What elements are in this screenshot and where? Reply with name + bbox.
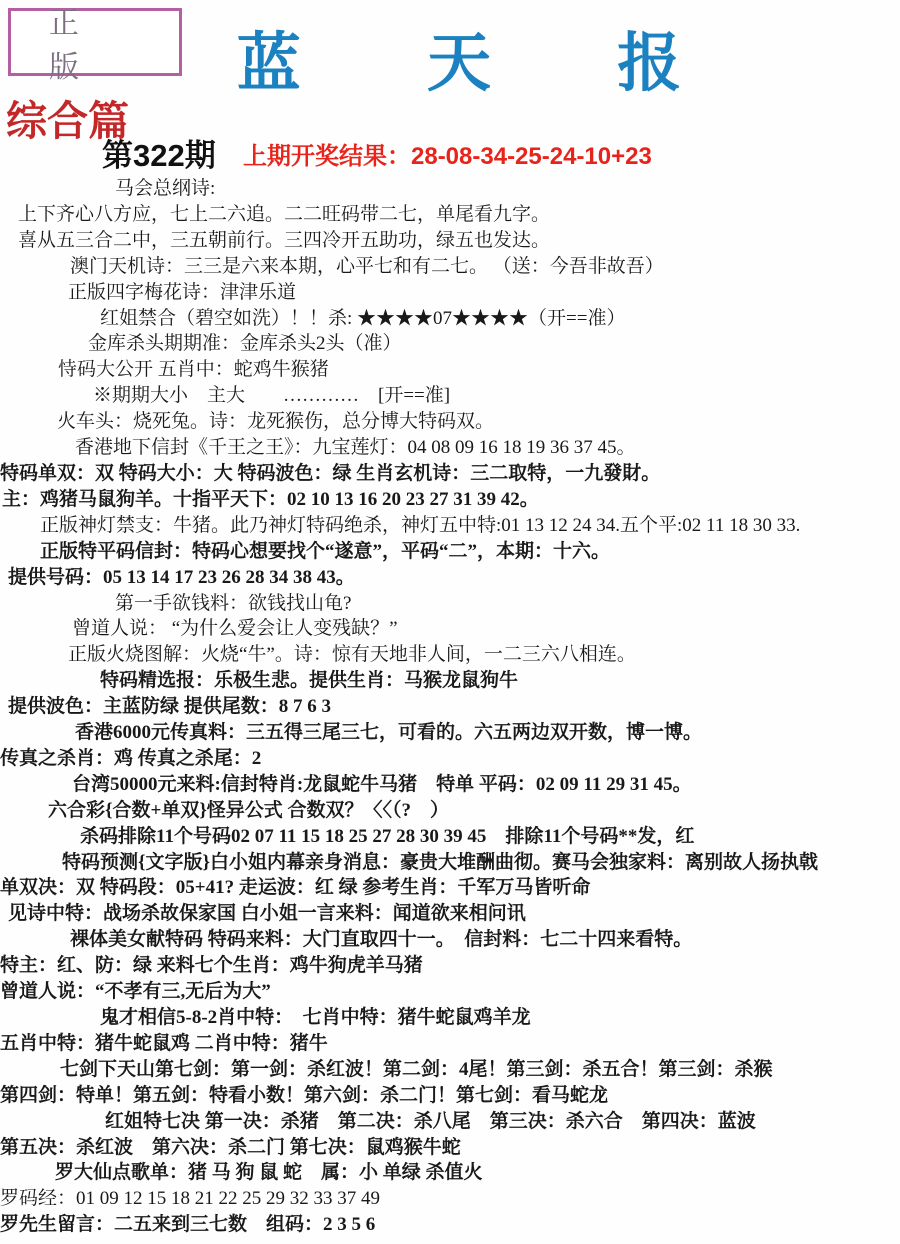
text-line: 特码单双：双 特码大小：大 特码波色：绿 生肖玄机诗：三二取特，一九發財。 (0, 461, 900, 487)
text-line: 恃码大公开 五肖中：蛇鸡牛猴猪 (58, 357, 900, 383)
text-line: 提供号码：05 13 14 17 23 26 28 34 38 43。 (8, 565, 900, 591)
text-line: 裸体美女献特码 特码来料：大门直取四十一。 信封料：七二十四来看特。 (70, 927, 900, 953)
text-line: 台湾50000元来料:信封特肖:龙鼠蛇牛马猪 特单 平码：02 09 11 29… (72, 772, 900, 798)
text-line: 香港地下信封《千王之王》：九宝莲灯：04 08 09 16 18 19 36 3… (75, 435, 900, 461)
text-line: 正版火烧图解：火烧“牛”。诗：惊有天地非人间，一二三六八相连。 (68, 642, 900, 668)
text-line: 喜从五三合二中，三五朝前行。三四冷开五助功，绿五也发达。 (18, 228, 900, 254)
issue-row: 第322期 上期开奖结果：28-08-34-25-24-10+23 (0, 130, 900, 172)
text-line: 单双决：双 特码段：05+41? 走运波：红 绿 参考生肖：千军万马皆听命 (0, 875, 900, 901)
text-line: 香港6000元传真料：三五得三尾三七，可看的。六五两边双开数，博一博。 (75, 720, 900, 746)
text-line: 曾道人说： “为什么爱会让人变残缺？” (72, 616, 900, 642)
text-line: 第四剑：特单！第五剑：特看小数！第六剑：杀二门！第七剑：看马蛇龙 (0, 1083, 900, 1109)
text-line: 正版特平码信封：特码心想要找个“遂意”，平码“二”，本期：十六。 (40, 539, 900, 565)
text-line: 第五决：杀红波 第六决：杀二门 第七决：鼠鸡猴牛蛇 (0, 1135, 900, 1161)
text-line: 见诗中特：战场杀故保家国 白小姐一言来料：闻道欲来相问讯 (8, 901, 900, 927)
text-line: 正版四字梅花诗：津津乐道 (68, 280, 900, 306)
text-line: 主：鸡猪马鼠狗羊。十指平天下：02 10 13 16 20 23 27 31 3… (2, 487, 900, 513)
text-line: 红姐特七决 第一决：杀猪 第二决：杀八尾 第三决：杀六合 第四决：蓝波 (105, 1109, 900, 1135)
text-line: 特码精选报：乐极生悲。提供生肖：马猴龙鼠狗牛 (100, 668, 900, 694)
text-line: 七剑下天山第七剑：第一剑：杀红波！第二剑：4尾！第三剑：杀五合！第三剑：杀猴 (60, 1057, 900, 1083)
newspaper-page: 正 版 蓝 天 报 综合篇 第322期 上期开奖结果：28-08-34-25-2… (0, 0, 900, 1244)
text-line: 六合彩{合数+单双}怪异公式 合数双？〈〈（? ） (48, 798, 900, 824)
tips-content: 马会总纲诗: 上下齐心八方应，七上二六追。二二旺码带二七，单尾看九字。 喜从五三… (0, 176, 900, 1238)
text-line: 曾道人说：“不孝有三,无后为大” (0, 979, 900, 1005)
text-line: 第一手欲钱料：欲钱找山龟? (115, 591, 900, 617)
text-line: 正版神灯禁支：牛猪。此乃神灯特码绝杀，神灯五中特:01 13 12 24 34.… (40, 513, 900, 539)
text-line: 马会总纲诗: (115, 176, 900, 202)
text-line: 特码预测{文字版}白小姐内幕亲身消息：豪贵大堆酬曲彻。赛马会独家料：离别故人扬执… (62, 850, 900, 876)
text-line: 杀码排除11个号码02 07 11 15 18 25 27 28 30 39 4… (80, 824, 900, 850)
text-line: 传真之杀肖：鸡 传真之杀尾：2 (0, 746, 900, 772)
paper-title: 蓝 天 报 (0, 12, 900, 104)
text-line: 火车头：烧死兔。诗：龙死猴伤，总分博大特码双。 (57, 409, 900, 435)
text-line: ※期期大小 主大 ………… [开==准] (93, 383, 900, 409)
text-line: 罗大仙点歌单：猪 马 狗 鼠 蛇 属：小 单绿 杀值火 (55, 1160, 900, 1186)
text-line: 澳门天机诗：三三是六来本期，心平七和有二七。 （送：今吾非故吾） (70, 254, 900, 280)
text-line: 罗先生留言：二五来到三七数 组码：2 3 5 6 (0, 1212, 900, 1238)
text-line: 罗码经：01 09 12 15 18 21 22 25 29 32 33 37 … (0, 1186, 900, 1212)
issue-number: 第322期 (102, 130, 216, 175)
text-line: 红姐禁合（碧空如洗）！！杀: ★★★★07★★★★（开==准） (100, 306, 900, 332)
text-line: 提供波色：主蓝防绿 提供尾数：8 7 6 3 (8, 694, 900, 720)
last-draw-result: 上期开奖结果：28-08-34-25-24-10+23 (243, 136, 652, 171)
text-line: 鬼才相信5-8-2肖中特： 七肖中特：猪牛蛇鼠鸡羊龙 (100, 1005, 900, 1031)
text-line: 五肖中特：猪牛蛇鼠鸡 二肖中特：猪牛 (0, 1031, 900, 1057)
text-line: 金库杀头期期准：金库杀头2头（准） (88, 331, 900, 357)
text-line: 上下齐心八方应，七上二六追。二二旺码带二七，单尾看九字。 (18, 202, 900, 228)
text-line: 特主：红、防：绿 来料七个生肖：鸡牛狗虎羊马猪 (0, 953, 900, 979)
